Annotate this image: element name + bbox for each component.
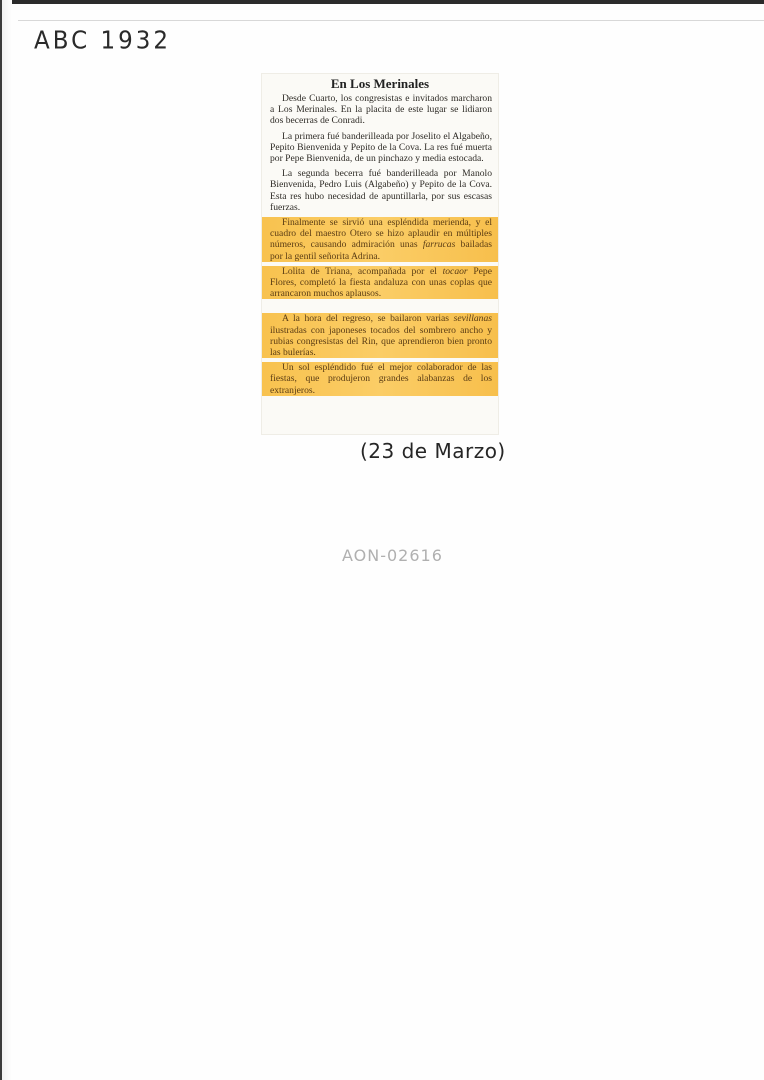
highlighted-paragraph: Lolita de Triana, acompañada por el toca… <box>262 266 498 300</box>
paragraph-text: Lolita de Triana, acompañada por el <box>282 266 443 277</box>
scan-top-border <box>0 0 764 4</box>
paragraph-text: Un sol espléndido fué el mejor colaborad… <box>270 362 492 395</box>
clipping-gap <box>262 303 498 313</box>
newspaper-clipping: En Los Merinales Desde Cuarto, los congr… <box>262 74 498 434</box>
italic-term: sevillanas <box>454 313 492 324</box>
paragraph-text: ilustradas con japoneses tocados del som… <box>270 325 492 358</box>
highlighted-paragraph: Un sol espléndido fué el mejor colaborad… <box>262 362 498 396</box>
handwritten-date: (23 de Marzo) <box>360 439 506 463</box>
handwritten-source-label: ABC 1932 <box>34 27 171 55</box>
paper-left-shadow <box>2 0 12 1080</box>
paper-top-edge <box>18 20 764 21</box>
clipping-paragraph: La segunda becerra fué banderilleada por… <box>262 168 498 213</box>
highlighted-paragraph: A la hora del regreso, se bailaron varia… <box>262 313 498 358</box>
paragraph-text: La segunda becerra fué banderilleada por… <box>270 168 492 213</box>
paragraph-text: Desde Cuarto, los congresistas e invitad… <box>270 93 492 126</box>
clipping-paragraph: La primera fué banderilleada por Joselit… <box>262 131 498 165</box>
italic-term: farrucas <box>423 239 456 250</box>
clipping-title: En Los Merinales <box>262 74 498 92</box>
clipping-paragraph: Desde Cuarto, los congresistas e invitad… <box>262 93 498 127</box>
paragraph-text: La primera fué banderilleada por Joselit… <box>270 131 492 164</box>
scanned-page: ABC 1932 En Los Merinales Desde Cuarto, … <box>0 0 764 1080</box>
italic-term: tocaor <box>443 266 468 277</box>
pencil-catalog-number: AON-02616 <box>342 546 443 565</box>
highlighted-paragraph: Finalmente se sirvió una espléndida meri… <box>262 217 498 262</box>
paragraph-text: A la hora del regreso, se bailaron varia… <box>282 313 454 324</box>
